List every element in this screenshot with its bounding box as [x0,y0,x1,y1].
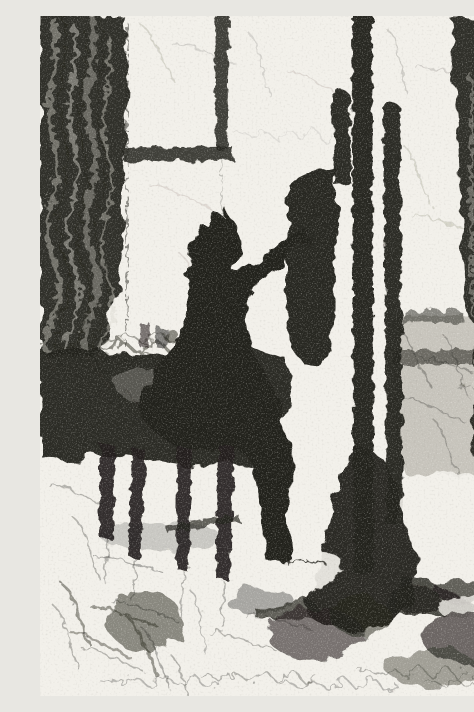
paper-grain-dark [40,16,474,696]
artwork-frame [40,16,474,696]
drawing-canvas [40,16,474,696]
